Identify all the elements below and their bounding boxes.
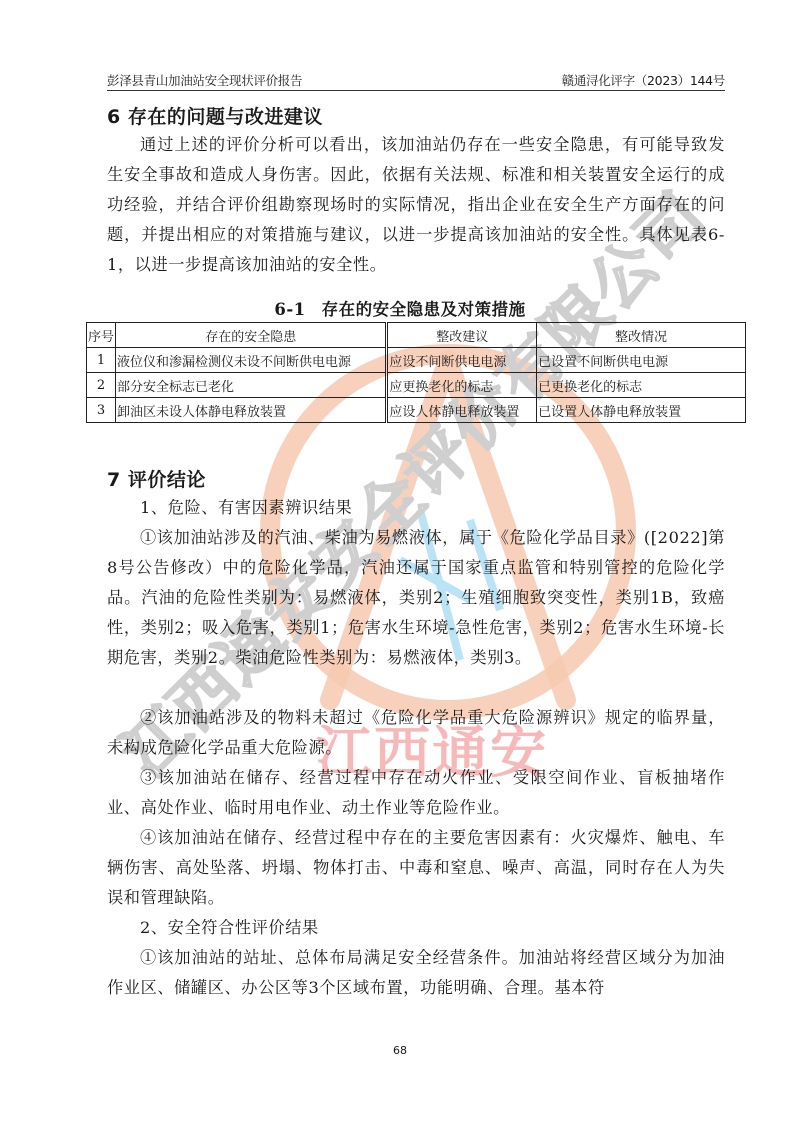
column-header-status: 整改情况 — [537, 323, 746, 348]
table-caption-title: 存在的安全隐患及对策措施 — [322, 300, 526, 319]
compliance-paragraph-1: ①该加油站的站址、总体布局满足安全经营条件。加油站将经营区域分为加油作业区、储罐… — [107, 943, 725, 1003]
report-title: 彭泽县青山加油站安全现状评价报告 — [107, 71, 302, 89]
cell-hazard: 液位仪和渗漏检测仪未设不间断供电电源 — [116, 348, 387, 373]
page-number: 68 — [0, 1044, 800, 1057]
table-caption: 6-1存在的安全隐患及对策措施 — [0, 296, 800, 320]
section-7-heading: 7 评价结论 — [107, 465, 206, 492]
section-6-paragraph: 通过上述的评价分析可以看出，该加油站仍存在一些安全隐患，有可能导致发生安全事故和… — [107, 130, 725, 280]
cell-no: 2 — [87, 373, 116, 398]
table-row: 1 液位仪和渗漏检测仪未设不间断供电电源 应设不间断供电电源 已设置不间断供电电… — [87, 348, 746, 373]
table-row: 3 卸油区未设人体静电释放装置 应设人体静电释放装置 已设置人体静电释放装置 — [87, 398, 746, 423]
hazards-table: 序号 存在的安全隐患 整改建议 整改情况 1 液位仪和渗漏检测仪未设不间断供电电… — [86, 322, 746, 423]
cell-suggestion: 应设不间断供电电源 — [387, 348, 537, 373]
section-6-heading: 6 存在的问题与改进建议 — [107, 102, 323, 129]
running-header: 彭泽县青山加油站安全现状评价报告 赣通浔化评字（2023）144号 — [107, 68, 725, 91]
column-header-suggestion: 整改建议 — [387, 323, 537, 348]
document-page: 江西通安安全评价有限公司 江西通安 彭泽县青山加油站安全现状评价报告 赣通浔化评… — [0, 0, 800, 1131]
cell-hazard: 部分安全标志已老化 — [116, 373, 387, 398]
cell-suggestion: 应更换老化的标志 — [387, 373, 537, 398]
conclusion-paragraph-1: ①该加油站涉及的汽油、柴油为易燃液体，属于《危险化学品目录》([2022]第8号… — [107, 523, 725, 673]
page-content: 彭泽县青山加油站安全现状评价报告 赣通浔化评字（2023）144号 6 存在的问… — [0, 0, 800, 1131]
conclusion-paragraph-2: ②该加油站涉及的物料未超过《危险化学品重大危险源辨识》规定的临界量，未构成危险化… — [107, 703, 725, 763]
cell-status: 已更换老化的标志 — [537, 373, 746, 398]
cell-no: 1 — [87, 348, 116, 373]
column-header-no: 序号 — [87, 323, 116, 348]
table-caption-number: 6-1 — [274, 300, 305, 319]
cell-no: 3 — [87, 398, 116, 423]
table-header-row: 序号 存在的安全隐患 整改建议 整改情况 — [87, 323, 746, 348]
column-header-hazard: 存在的安全隐患 — [116, 323, 387, 348]
conclusion-paragraph-3: ③该加油站在储存、经营过程中存在动火作业、受限空间作业、盲板抽堵作业、高处作业、… — [107, 763, 725, 823]
conclusion-paragraph-4: ④该加油站在储存、经营过程中存在的主要危害因素有：火灾爆炸、触电、车辆伤害、高处… — [107, 823, 725, 913]
cell-status: 已设置人体静电释放装置 — [537, 398, 746, 423]
cell-hazard: 卸油区未设人体静电释放装置 — [116, 398, 387, 423]
subheading-hazard-identification: 1、危险、有害因素辨识结果 — [107, 493, 725, 523]
subheading-compliance-results: 2、安全符合性评价结果 — [107, 913, 725, 943]
cell-status: 已设置不间断供电电源 — [537, 348, 746, 373]
table-row: 2 部分安全标志已老化 应更换老化的标志 已更换老化的标志 — [87, 373, 746, 398]
report-number: 赣通浔化评字（2023）144号 — [562, 71, 725, 89]
cell-suggestion: 应设人体静电释放装置 — [387, 398, 537, 423]
